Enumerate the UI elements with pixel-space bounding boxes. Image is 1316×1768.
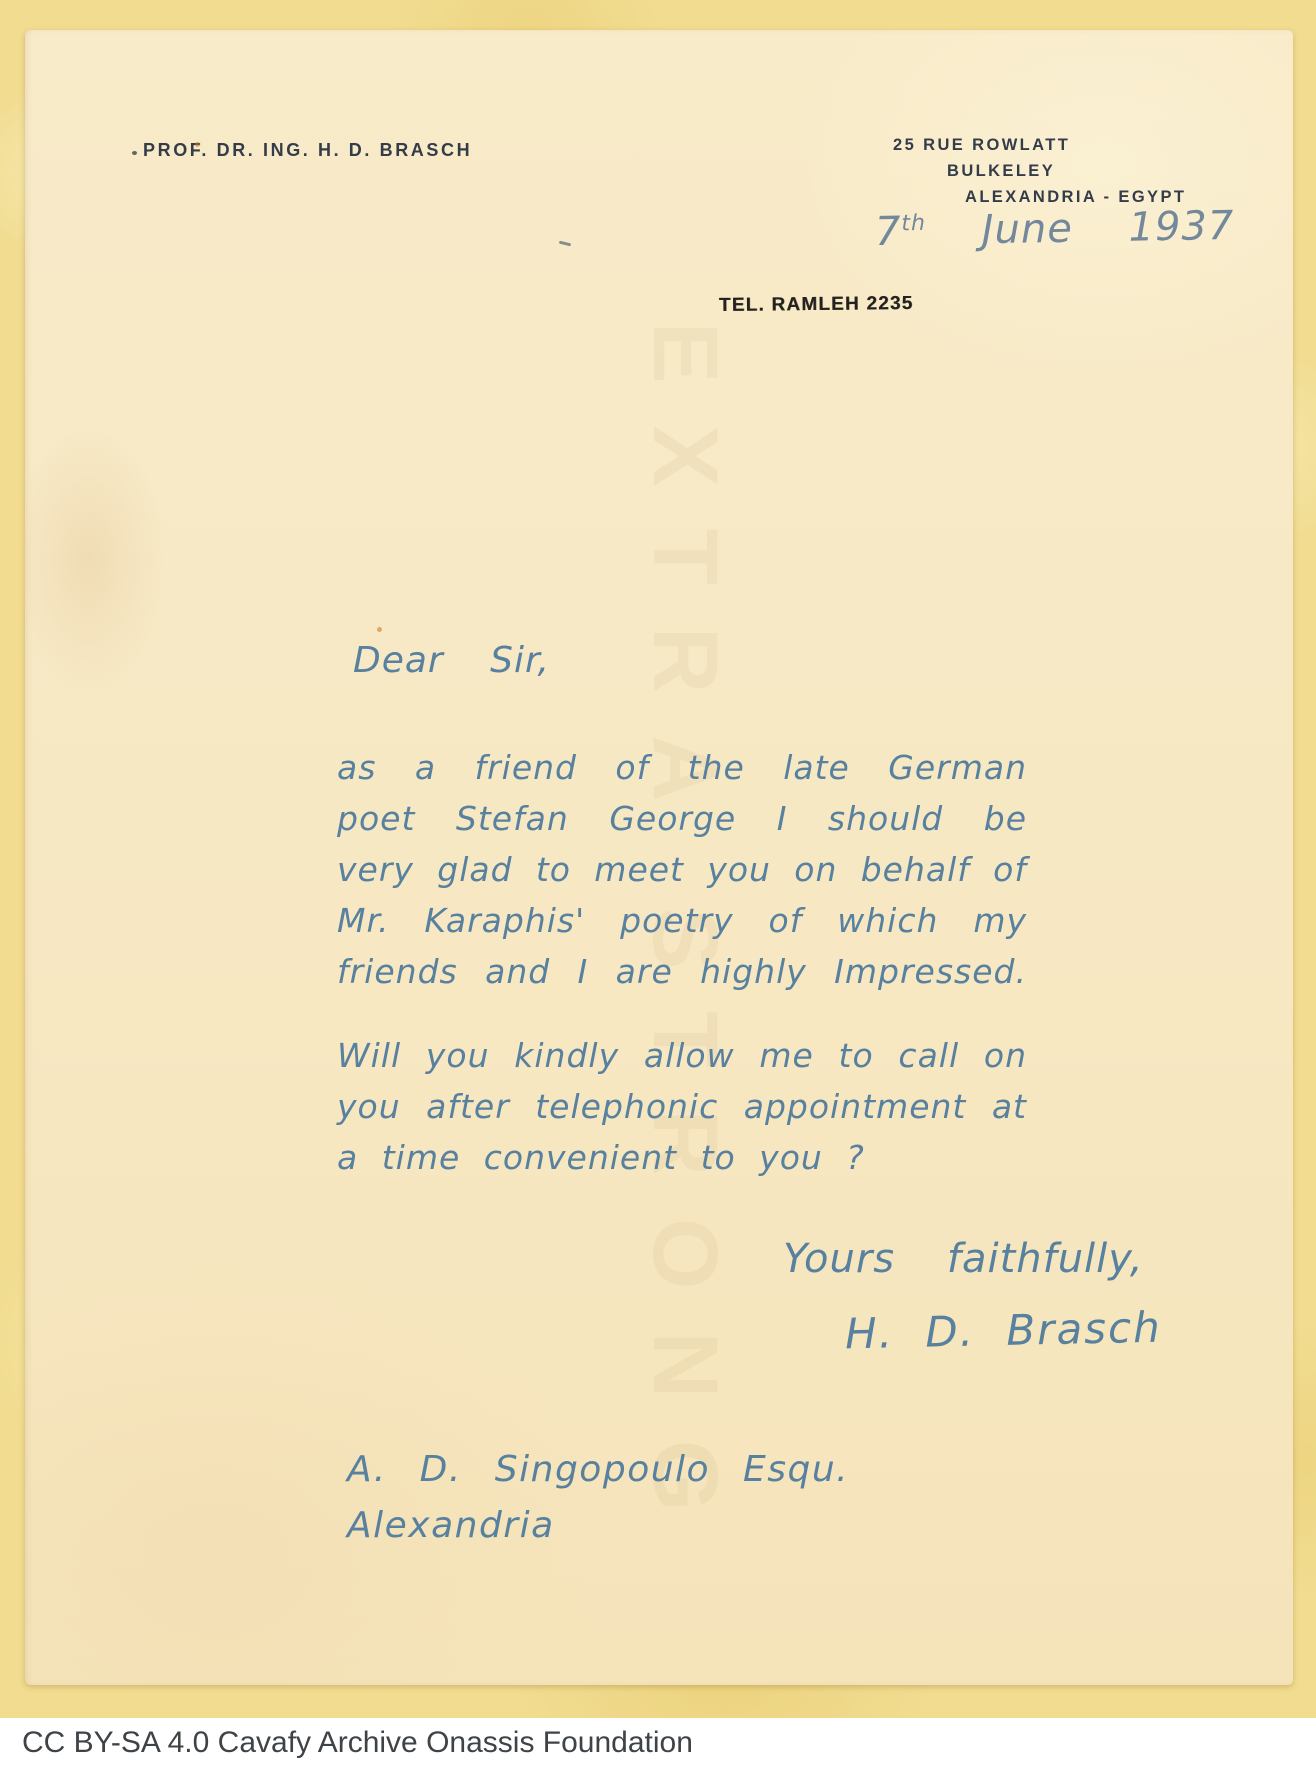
date-day: 7	[875, 209, 902, 255]
letter-paper: EXTRA STRONG PROF. DR. ING. H. D. BRASCH…	[25, 30, 1293, 1685]
closing-phrase: Yours faithfully,	[783, 1236, 1144, 1282]
handwritten-line: Mr. Karaphis' poetry of which my	[337, 895, 1027, 946]
letterhead-address: 25 RUE ROWLATT BULKELEY ALEXANDRIA - EGY…	[893, 132, 1186, 210]
handwritten-line: as a friend of the late German	[337, 742, 1027, 793]
handwritten-date: 7th June 1937	[875, 203, 1235, 255]
scanned-letter-page: EXTRA STRONG PROF. DR. ING. H. D. BRASCH…	[0, 0, 1316, 1768]
date-ordinal-suffix: th	[901, 211, 926, 236]
signature: H. D. Brasch	[845, 1303, 1163, 1359]
recipient-city: Alexandria	[347, 1498, 849, 1554]
handwritten-line: a time convenient to you ?	[337, 1132, 1027, 1183]
recipient-name: A. D. Singopoulo Esqu.	[347, 1442, 849, 1498]
caption-strip: CC BY-SA 4.0 Cavafy Archive Onassis Foun…	[0, 1718, 1316, 1768]
ink-speck	[377, 627, 382, 632]
handwritten-line: friends and I are highly Impressed.	[337, 946, 1027, 997]
body-paragraph-1: as a friend of the late German poet Stef…	[337, 742, 1027, 997]
handwritten-line: you after telephonic appointment at	[337, 1081, 1027, 1132]
body-paragraph-2: Will you kindly allow me to call on you …	[337, 1030, 1027, 1183]
handwritten-line: very glad to meet you on behalf of	[337, 844, 1027, 895]
telephone-stamp: TEL. RAMLEH 2235	[719, 293, 914, 317]
address-line-district: BULKELEY	[947, 158, 1186, 184]
handwritten-line: poet Stefan George I should be	[337, 793, 1027, 844]
recipient-block: A. D. Singopoulo Esqu. Alexandria	[347, 1442, 849, 1554]
ink-speck	[559, 241, 571, 247]
address-line-street: 25 RUE ROWLATT	[893, 132, 1186, 158]
handwritten-line: Will you kindly allow me to call on	[337, 1030, 1027, 1081]
license-caption: CC BY-SA 4.0 Cavafy Archive Onassis Foun…	[22, 1726, 693, 1760]
date-month-year: June 1937	[981, 203, 1234, 253]
letterhead-sender: PROF. DR. ING. H. D. BRASCH	[143, 140, 472, 161]
ink-speck	[132, 151, 137, 155]
salutation: Dear Sir,	[353, 640, 550, 681]
paper-stain	[195, 142, 200, 147]
